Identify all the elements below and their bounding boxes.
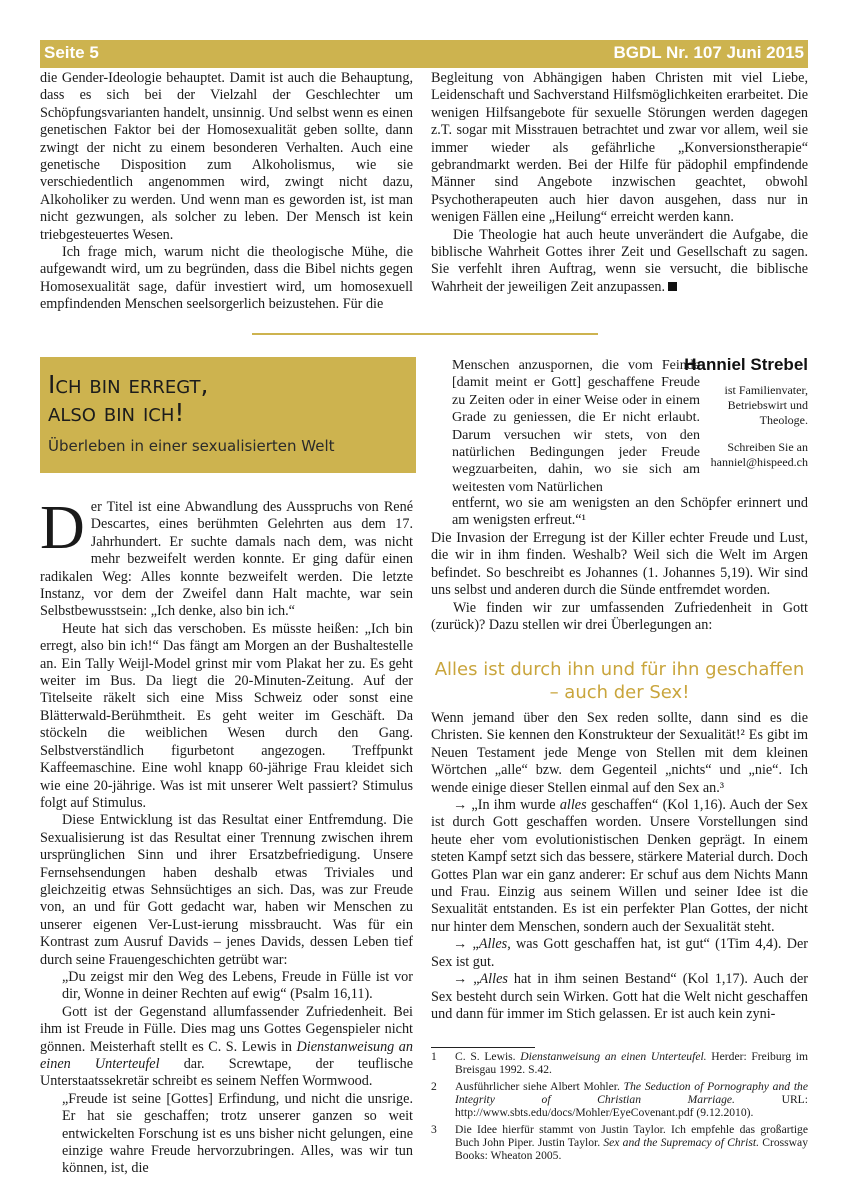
article-column-2: Die Invasion der Erregung ist der Killer… bbox=[431, 530, 808, 634]
article-column-1: Der Titel ist eine Abwandlung des Ausspr… bbox=[40, 499, 413, 1178]
paragraph: die Gender-Ideologie behauptet. Damit is… bbox=[40, 70, 413, 244]
block-quote-psalm: „Du zeigst mir den Weg des Lebens, Freud… bbox=[40, 969, 413, 1004]
section-subheading: Alles ist durch ihn und für ihn geschaff… bbox=[431, 658, 808, 704]
page-number: Seite 5 bbox=[44, 43, 99, 63]
paragraph: Gott ist der Gegenstand allumfassender Z… bbox=[40, 1004, 413, 1091]
article-column-2-quote-continued: Menschen anzuspornen, die vom Feinde [da… bbox=[452, 357, 700, 496]
paragraph: Ich frage mich, warum nicht die theologi… bbox=[40, 244, 413, 314]
footnote-rule bbox=[431, 1047, 535, 1048]
bullet-paragraph: → „Alles, was Gott geschaffen hat, ist g… bbox=[431, 936, 808, 971]
paragraph: Die Invasion der Erregung ist der Killer… bbox=[431, 530, 808, 600]
paragraph: Heute hat sich das verschoben. Es müsste… bbox=[40, 621, 413, 812]
end-of-article-square-icon bbox=[668, 282, 677, 291]
article-column-2-continued: Wenn jemand über den Sex reden sollte, d… bbox=[431, 710, 808, 1023]
paragraph: Wie finden wir zur umfassenden Zufrieden… bbox=[431, 600, 808, 635]
previous-article-column-2: Begleitung von Abhängigen haben Christen… bbox=[431, 70, 808, 296]
issue-label: BGDL Nr. 107 Juni 2015 bbox=[613, 43, 804, 63]
drop-cap: D bbox=[40, 503, 85, 553]
section-divider bbox=[252, 333, 598, 335]
magazine-page: Seite 5 BGDL Nr. 107 Juni 2015 die Gende… bbox=[0, 0, 848, 1200]
footnote: 2 Ausführlicher siehe Albert Mohler. The… bbox=[431, 1080, 808, 1119]
previous-article-column-1: die Gender-Ideologie behauptet. Damit is… bbox=[40, 70, 413, 314]
author-contact: Schreiben Sie an hanniel@hispeed.ch bbox=[700, 440, 808, 470]
paragraph: Der Titel ist eine Abwandlung des Ausspr… bbox=[40, 499, 413, 621]
paragraph: Die Theologie hat auch heute unverändert… bbox=[431, 227, 808, 297]
author-email[interactable]: hanniel@hispeed.ch bbox=[700, 455, 808, 470]
author-description: ist Familienvater, Betriebswirt und Theo… bbox=[700, 383, 808, 428]
bullet-paragraph: → „In ihm wurde alles geschaffen“ (Kol 1… bbox=[431, 797, 808, 936]
author-box: Hanniel Strebel ist Familienvater, Betri… bbox=[700, 355, 808, 470]
quote-end: entfernt, wo sie am wenigsten an den Sch… bbox=[452, 495, 808, 530]
footnote: 3 Die Idee hierfür stammt von Justin Tay… bbox=[431, 1123, 808, 1162]
article-title: Ich bin erregt, also bin ich! bbox=[48, 371, 209, 427]
paragraph: Diese Entwicklung ist das Resultat einer… bbox=[40, 812, 413, 969]
block-quote-lewis: „Freude ist seine [Gottes] Erfindung, un… bbox=[40, 1091, 413, 1178]
paragraph: Wenn jemand über den Sex reden sollte, d… bbox=[431, 710, 808, 797]
footnote: 1 C. S. Lewis. Dienstanweisung an einen … bbox=[431, 1050, 808, 1076]
author-name: Hanniel Strebel bbox=[680, 355, 808, 375]
paragraph: Begleitung von Abhängigen haben Christen… bbox=[431, 70, 808, 227]
footnotes: 1 C. S. Lewis. Dienstanweisung an einen … bbox=[431, 1050, 808, 1166]
bullet-paragraph: → „Alles hat in ihm seinen Bestand“ (Kol… bbox=[431, 971, 808, 1023]
article-title-box: Ich bin erregt, also bin ich! Überleben … bbox=[40, 357, 416, 473]
article-subtitle: Überleben in einer sexualisierten Welt bbox=[48, 437, 335, 455]
page-header-bar: Seite 5 BGDL Nr. 107 Juni 2015 bbox=[40, 40, 808, 68]
